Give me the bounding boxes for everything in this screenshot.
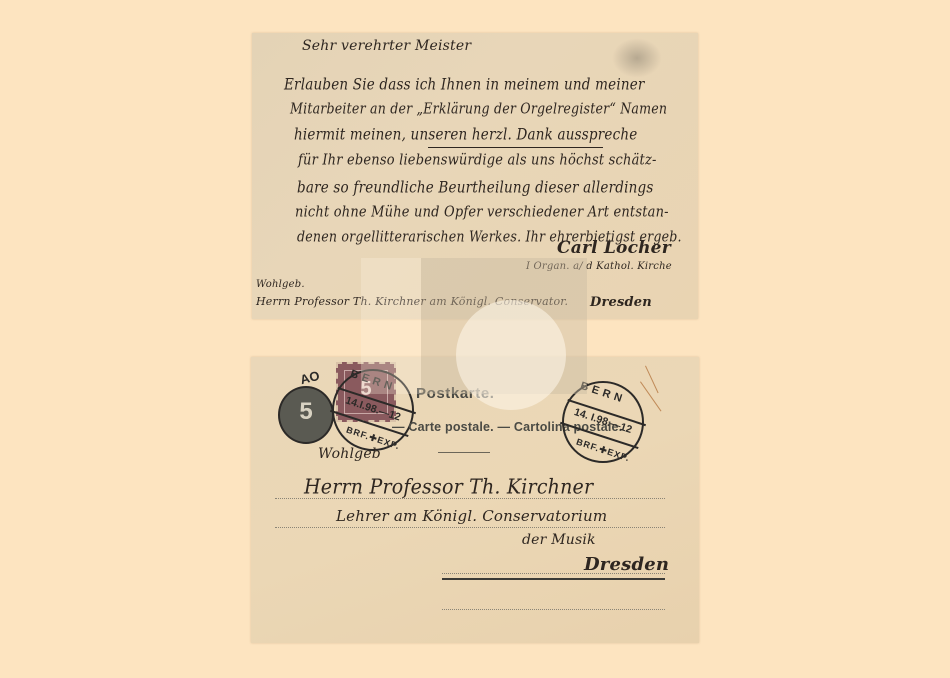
letter-underline [428,147,603,148]
letter-line-6: nicht ohne Mühe und Opfer verschiedener … [295,204,669,221]
title-rule [438,452,490,453]
recipient-subtitle: der Musik [522,532,596,548]
letter-line-2: Mitarbeiter an der „Erklärung der Orgelr… [290,100,667,117]
letter-salutation: Sehr verehrter Meister [302,38,471,54]
address-line-1 [275,498,665,499]
postkarte-title: Postkarte. [416,385,495,402]
letter-line-1: Erlauben Sie dass ich Ihnen in meinem un… [284,76,645,94]
front-address-city: Dresden [590,295,652,310]
address-line-2 [275,527,665,528]
letter-signature: Carl Locher [557,238,671,258]
letter-line-4: für Ihr ebenso liebenswürdige als uns hö… [298,152,657,169]
letter-line-5: bare so freundliche Beurtheilung dieser … [297,179,654,197]
postmark-right: BERN 14. I.98.—12 BRF.✚EXP. [562,381,644,463]
front-address-line: Herrn Professor Th. Kirchner am Königl. … [256,295,568,308]
faint-postmark-smudge [612,38,662,78]
signature-title: I Organ. a/ d Kathol. Kirche [526,261,672,272]
recipient-name: Herrn Professor Th. Kirchner [304,475,593,499]
old-postmark: 5 [278,386,334,444]
address-line-4 [442,609,665,610]
city-underline [442,578,665,580]
recipient-title: Lehrer am Königl. Conservatorium [336,507,607,525]
recipient-city: Dresden [584,554,669,575]
back-honorific: Wohlgeb [318,446,381,462]
letter-line-3: hiermit meinen, unseren herzl. Dank auss… [294,126,637,144]
postmark-left: BERN 14.I.98.—12 BRF.✚EXP. [332,369,414,451]
front-honorific: Wohlgeb. [256,279,305,290]
